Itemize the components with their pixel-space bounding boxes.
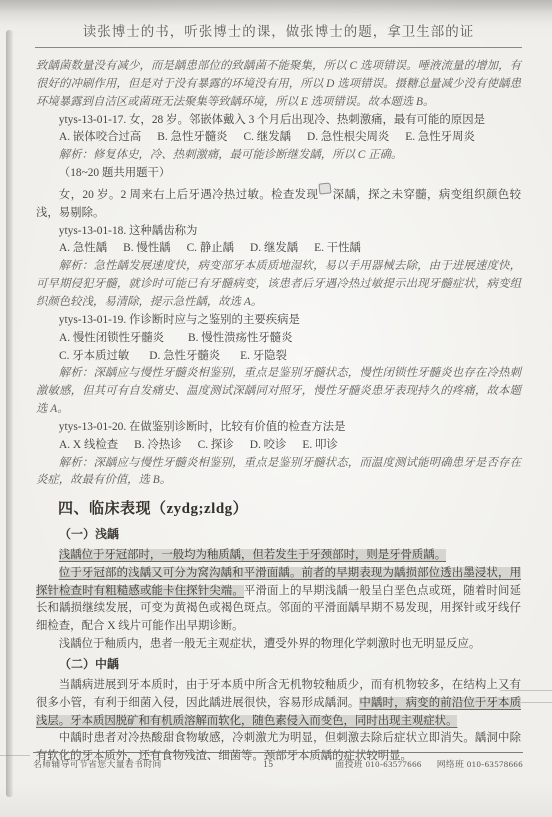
option-a: A. X 线检查: [59, 437, 118, 455]
question-17-analysis: 解析：修复体史，冷、热刺激痛，最可能诊断继发龋，所以 C 正确。: [36, 147, 521, 165]
moderate-caries-paragraph-1: 当龋病进展到牙本质时，由于牙本质中所含无机物较釉质少，而有机物较多，在结构上又有…: [36, 677, 521, 731]
question-18-options: A. 急性龋 B. 慢性龋 C. 静止龋 D. 继发龋 E. 干性龋: [36, 240, 521, 258]
footer-phone-online: 网络班 010-63578666: [437, 757, 523, 770]
option-e: E. 急性牙周炎: [405, 129, 475, 147]
option-b: B. 急性牙髓炎: [157, 129, 227, 147]
question-17-stem: ytys-13-01-17. 女，28 岁。邻嵌体戴入 3 个月后出现冷、热刺激…: [36, 112, 521, 130]
option-d: D. 咬诊: [250, 437, 287, 455]
option-a: A. 急性龋: [59, 240, 107, 258]
option-a: A. 嵌体咬合过高: [59, 129, 141, 147]
section-heading-clinical-manifestation: 四、临床表现（zydg;zldg）: [36, 501, 521, 519]
question-19-options-row2: C. 牙本质过敏 D. 急性牙髓炎 E. 牙隐裂: [36, 348, 521, 366]
shallow-caries-paragraph-1: 浅龋位于牙冠部时，一般均为釉质龋，但若发生于牙颈部时，则是牙骨质龋。: [36, 547, 521, 565]
page-content: 致龋菌数量没有减少，而是龋患部位的致龋菌不能聚集，所以 C 选项错误。唾液流量的…: [36, 58, 521, 766]
option-e: E. 叩诊: [302, 437, 337, 455]
question-17-options: A. 嵌体咬合过高 B. 急性牙髓炎 C. 继发龋 D. 急性根尖周炎 E. 急…: [36, 129, 521, 147]
question-19-options-row1: A. 慢性闭锁性牙髓炎 B. 慢性溃疡性牙髓炎: [36, 330, 521, 348]
document-page: 读张博士的书，听张博士的课，做张博士的题，拿卫生部的证 致龋菌数量没有减少，而是…: [0, 0, 552, 817]
highlighted-text: 浅龋位于牙冠部时，一般均为釉质龋，但若发生于牙颈部时，则是牙骨质龋。: [59, 549, 446, 561]
option-d: D. 急性根尖周炎: [307, 129, 389, 147]
option-d: D. 急性牙髓炎: [149, 348, 220, 366]
footer-contacts: 面授班 010-63577666 网络班 010-63578666: [298, 757, 523, 770]
option-e: E. 牙隐裂: [240, 348, 287, 366]
shallow-caries-paragraph-2: 位于牙冠部的浅龋又可分为窝沟龋和平滑面龋。前者的早期表现为龋损部位透出墨浸状，用…: [36, 565, 521, 636]
option-b: B. 慢性溃疡性牙髓炎: [188, 330, 292, 348]
option-d: D. 继发龋: [250, 240, 298, 258]
footer-slogan: 名师辅导可节省您大量看书时间: [33, 757, 238, 770]
question-19-analysis: 解析：深龋应与慢性牙髓炎相鉴别，重点是鉴别牙髓状态，慢性闭锁性牙髓炎也存在冷热刺…: [36, 365, 521, 419]
question-20-stem: ytys-13-01-20. 在做鉴别诊断时，比较有价值的检查方法是: [36, 419, 521, 437]
ink-stamp-mark: [319, 182, 332, 194]
shallow-caries-paragraph-3: 浅龋位于釉质内，患者一般无主观症状，遭受外界的物理化学刺激时也无明显反应。: [36, 636, 521, 654]
option-b: B. 慢性龋: [123, 240, 170, 258]
option-c: C. 探诊: [198, 437, 234, 455]
subsection-heading-shallow-caries: （一）浅龋: [36, 526, 521, 544]
scan-left-edge: [6, 30, 13, 797]
page-footer: 名师辅导可节省您大量看书时间 15 面授班 010-63577666 网络班 0…: [33, 752, 523, 770]
header-slogan: 读张博士的书，听张博士的课，做张博士的题，拿卫生部的证: [35, 20, 522, 48]
shared-stem-paragraph: 女，20 岁。2 周来右上后牙遇冷热过敏。检查发现深龋，探之未穿髓，病变组织颜色…: [36, 183, 521, 223]
option-e: E. 干性龋: [314, 240, 361, 258]
option-c: C. 牙本质过敏: [59, 348, 129, 366]
option-b: B. 冷热诊: [134, 437, 181, 455]
carryover-analysis-paragraph: 致龋菌数量没有减少，而是龋患部位的致龋菌不能聚集，所以 C 选项错误。唾液流量的…: [36, 58, 521, 112]
subsection-heading-moderate-caries: （二）中龋: [36, 656, 521, 674]
shared-stem-text-before: 女，20 岁。2 周来右上后牙遇冷热过敏。检查发现: [59, 189, 318, 201]
option-c: C. 静止龋: [187, 240, 234, 258]
question-18-stem: ytys-13-01-18. 这种龋齿称为: [36, 223, 521, 241]
question-18-analysis: 解析：急性龋发展速度快，病变部牙本质质地湿软，易以手用器械去除，由于进展速度快，…: [36, 258, 521, 312]
shared-stem-note: （18~20 题共用题干）: [36, 165, 521, 183]
option-a: A. 慢性闭锁性牙髓炎: [59, 330, 164, 348]
page-number: 15: [238, 760, 298, 770]
option-c: C. 继发龋: [244, 129, 291, 147]
scan-artifact-line: [0, 755, 30, 756]
question-20-analysis: 解析：深龋应与慢性牙髓炎相鉴别，重点是鉴别牙髓状态，而温度测试能明确患牙是否存在…: [36, 455, 521, 491]
question-19-stem: ytys-13-01-19. 作诊断时应与之鉴别的主要疾病是: [36, 312, 521, 330]
question-20-options: A. X 线检查 B. 冷热诊 C. 探诊 D. 咬诊 E. 叩诊: [36, 437, 521, 455]
footer-phone-onsite: 面授班 010-63577666: [335, 757, 421, 770]
